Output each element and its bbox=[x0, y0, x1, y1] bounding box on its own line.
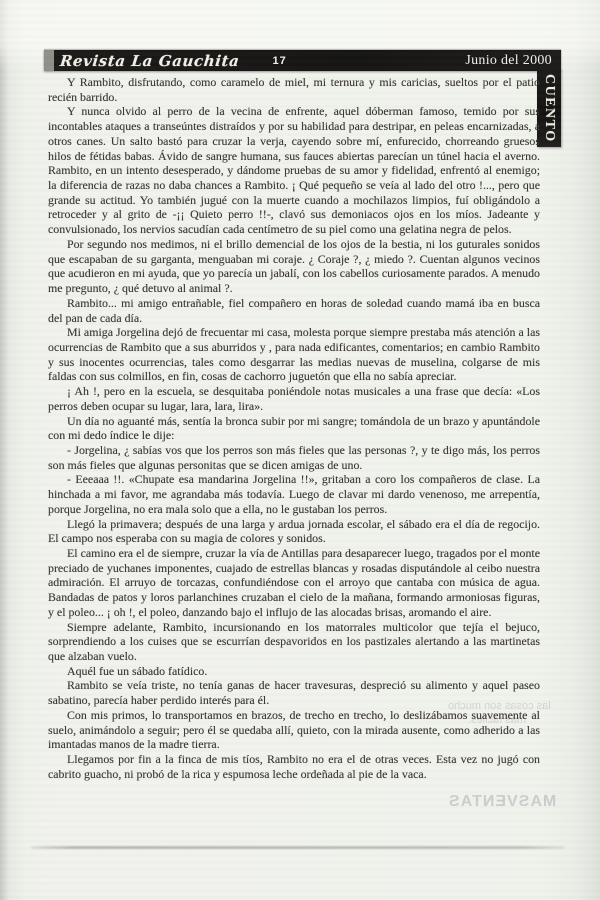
section-tab-cuento: CUENTO bbox=[537, 69, 561, 147]
story-paragraph: El camino era el de siempre, cruzar la v… bbox=[48, 546, 540, 620]
story-body: Y Rambito, disfrutando, como caramelo de… bbox=[48, 75, 540, 782]
story-paragraph: Y Rambito, disfrutando, como caramelo de… bbox=[48, 75, 540, 104]
story-paragraph: Aquél fue un sábado fatídico. bbox=[48, 664, 540, 679]
section-tab-label: CUENTO bbox=[541, 74, 557, 143]
story-paragraph: Llegó la primavera; después de una larga… bbox=[48, 517, 540, 546]
story-paragraph: Un día no aguanté más, sentía la bronca … bbox=[48, 414, 540, 443]
scanned-magazine-page: Revista La Gauchita 17 Junio del 2000 CU… bbox=[0, 0, 600, 900]
story-paragraph: ¡ Ah !, pero en la escuela, se desquitab… bbox=[48, 384, 540, 413]
bottom-crease-rule bbox=[31, 846, 565, 849]
story-paragraph: Y nunca olvido al perro de la vecina de … bbox=[48, 104, 540, 236]
story-paragraph: Siempre adelante, Rambito, incursionando… bbox=[48, 620, 540, 664]
issue-date: Junio del 2000 bbox=[465, 53, 561, 69]
story-paragraph: Por segundo nos medimos, ni el brillo de… bbox=[48, 237, 540, 296]
story-paragraph: Rambito se veía triste, no tenía ganas d… bbox=[48, 678, 540, 707]
story-paragraph: Llegamos por fin a la finca de mis tíos,… bbox=[48, 752, 540, 781]
story-paragraph: Mi amiga Jorgelina dejó de frecuentar mi… bbox=[48, 325, 540, 384]
story-paragraph: - Jorgelina, ¿ sabías vos que los perros… bbox=[48, 443, 540, 472]
story-paragraph: Con mis primos, lo transportamos en braz… bbox=[48, 708, 540, 752]
story-paragraph: Rambito... mi amigo entrañable, fiel com… bbox=[48, 296, 540, 325]
magazine-title: Revista La Gauchita bbox=[43, 52, 240, 70]
bleedthrough-stamp: MASVENTAS bbox=[448, 793, 556, 811]
page-number: 17 bbox=[273, 55, 287, 67]
page-header-bar: Revista La Gauchita 17 Junio del 2000 bbox=[44, 50, 561, 71]
story-paragraph: - Eeeaaa !!. «Chupate esa mandarina Jorg… bbox=[48, 472, 540, 516]
